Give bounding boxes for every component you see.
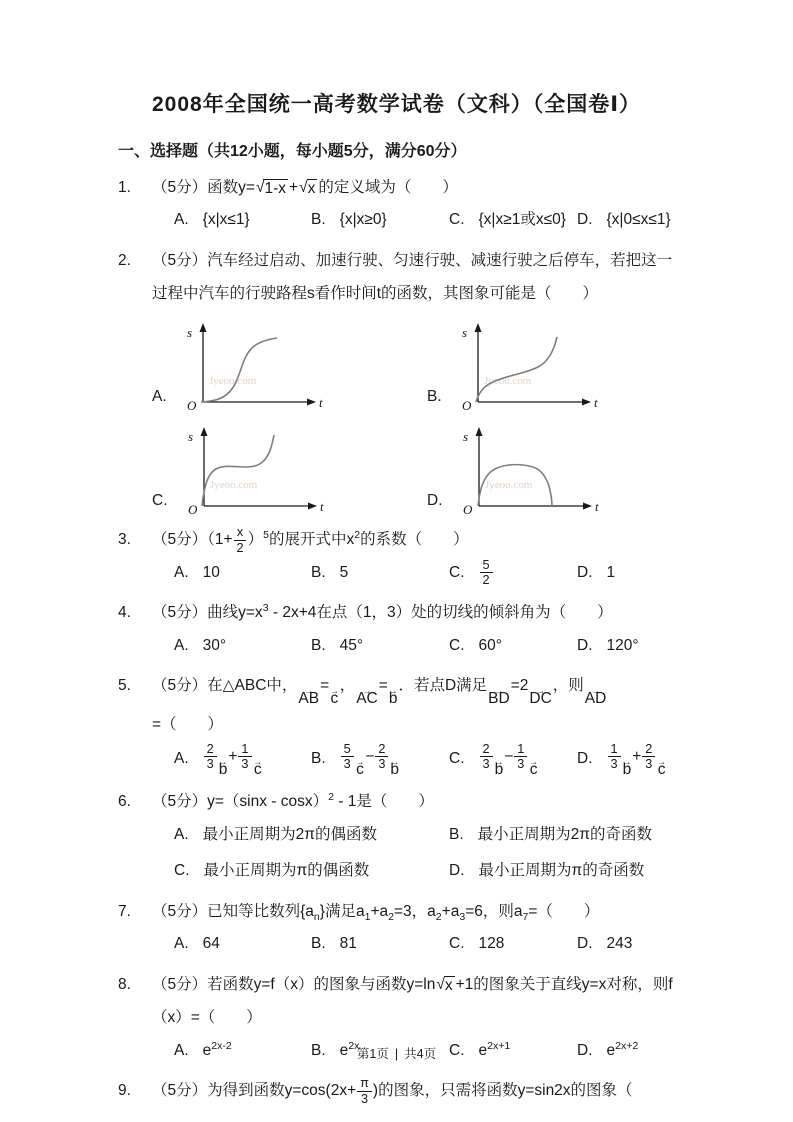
option-label: B.	[311, 928, 326, 961]
curve-fast-plateau-fast	[202, 435, 274, 506]
question-stem: （5分）函数y=√1-x+√x的定义域为（ ）	[152, 171, 675, 204]
fraction-numerator: 2	[375, 742, 388, 758]
fraction: 13	[608, 742, 621, 772]
graph-option-B: B.Jyeoo.comstO	[427, 320, 675, 412]
option-content: 243	[607, 928, 633, 961]
vector-arrow-icon: →	[390, 759, 399, 763]
option-A: A.23→b+13→c	[174, 741, 311, 778]
fraction-numerator: 1	[238, 742, 251, 758]
graph-option-label: A.	[152, 388, 167, 406]
subscript: 1	[365, 911, 371, 923]
question-5: 5.（5分）在△ABC中，→AB=→c，→AC=→b．若点D满足→BD=2→DC…	[118, 669, 675, 778]
svg-text:Jyeoo.com: Jyeoo.com	[485, 479, 533, 491]
question-stem: （5分）已知等比数列{an}满足a1+a2=3，a2+a3=6，则a7=（ ）	[152, 895, 675, 929]
option-label: C.	[449, 928, 465, 961]
question-stem: （5分）（1+x2）5的展开式中x2的系数（ ）	[152, 523, 675, 556]
vector-arrow-icon: →	[389, 689, 398, 693]
graph-option-C: C.Jyeoo.comstO	[152, 424, 427, 516]
vector: →c	[657, 758, 666, 779]
fraction-denominator: 3	[238, 757, 251, 772]
graph-option-label: B.	[427, 388, 442, 406]
question-number: 5.	[118, 669, 131, 702]
question-stem: （5分）若函数y=f（x）的图象与函数y=ln√x+1的图象关于直线y=x对称，…	[152, 968, 675, 1035]
option-B: B.5	[311, 557, 449, 590]
vector-arrow-icon: →	[495, 689, 504, 693]
option-A: A.最小正周期为2π的偶函数	[174, 819, 449, 852]
fraction-numerator: 5	[341, 742, 354, 758]
option-label: D.	[577, 743, 593, 776]
option-label: B.	[449, 819, 464, 852]
fraction-denominator: 3	[204, 757, 217, 772]
option-A: A.64	[174, 928, 311, 961]
exam-page: 2008年全国统一高考数学试卷（文科）（全国卷Ⅰ） 一、选择题（共12小题，每小…	[0, 0, 793, 1122]
page-footer: 第1页|共4页	[0, 1044, 793, 1062]
fraction-numerator: 1	[608, 742, 621, 758]
fraction: 53	[341, 742, 354, 772]
vector-arrow-icon: →	[356, 759, 365, 763]
fraction-denominator: 3	[642, 757, 655, 772]
option-content: 最小正周期为2π的偶函数	[203, 819, 377, 852]
fraction-numerator: 1	[514, 742, 527, 758]
vector-arrow-icon: →	[591, 689, 600, 693]
question-number: 8.	[118, 968, 131, 1001]
svg-text:t: t	[594, 395, 598, 410]
curve-slow-fast-slow	[201, 338, 277, 402]
vector: →b	[389, 687, 398, 708]
radicand: 1-x	[263, 179, 288, 199]
option-C: C.{x|x≥1或x≤0}	[449, 204, 577, 237]
option-content: 52	[479, 557, 494, 590]
vector-arrow-icon: →	[219, 759, 228, 763]
svg-text:s: s	[462, 325, 467, 340]
fraction: 23	[480, 742, 493, 772]
option-label: D.	[577, 204, 593, 237]
fraction: 23	[204, 742, 217, 772]
svg-text:s: s	[187, 325, 192, 340]
fraction: π3	[357, 1076, 372, 1106]
subscript: 7	[523, 911, 529, 923]
superscript: 3	[263, 602, 269, 614]
option-A: A.30°	[174, 630, 311, 663]
vector: →b	[623, 758, 632, 779]
option-row: A.64B.81C.128D.243	[174, 928, 675, 961]
question-stem: （5分）y=（sinx - cosx）2 - 1是（ ）	[152, 785, 675, 818]
option-content: 53→c−23→b	[340, 741, 400, 778]
svg-text:Jyeoo.com: Jyeoo.com	[210, 479, 258, 491]
option-C: C.52	[449, 557, 577, 590]
question-number: 7.	[118, 895, 131, 928]
vector-arrow-icon: →	[363, 689, 372, 693]
vector-arrow-icon: →	[330, 689, 339, 693]
option-D: D.120°	[577, 630, 675, 663]
footer-separator: |	[395, 1047, 398, 1061]
fraction-denominator: 3	[480, 757, 493, 772]
question-1: 1.（5分）函数y=√1-x+√x的定义域为（ ）A.{x|x≤1}B.{x|x…	[118, 171, 675, 237]
superscript: 2	[328, 791, 334, 803]
graph-grid: A.Jyeoo.comstOB.Jyeoo.comstOC.Jyeoo.coms…	[152, 320, 675, 516]
fraction: 13	[238, 742, 251, 772]
vector: →b	[219, 758, 228, 779]
option-D: D.{x|0≤x≤1}	[577, 204, 675, 237]
option-content: 最小正周期为π的偶函数	[204, 855, 370, 888]
option-C: C.23→b−13→c	[449, 741, 577, 778]
option-label: A.	[174, 204, 189, 237]
option-label: D.	[577, 630, 593, 663]
page-title: 2008年全国统一高考数学试卷（文科）（全国卷Ⅰ）	[118, 88, 675, 118]
option-B: B.53→c−23→b	[311, 741, 449, 778]
vector: →BD	[488, 687, 510, 708]
option-content: 13→b+23→c	[607, 741, 667, 778]
option-label: C.	[449, 743, 465, 776]
subscript: 3	[459, 911, 465, 923]
option-content: 最小正周期为2π的奇函数	[478, 819, 652, 852]
option-label: C.	[449, 630, 465, 663]
option-content: {x|0≤x≤1}	[607, 204, 671, 237]
option-row: A.30°B.45°C.60°D.120°	[174, 630, 675, 663]
question-number: 6.	[118, 785, 131, 818]
section-heading: 一、选择题（共12小题，每小题5分，满分60分）	[118, 138, 675, 161]
vector: →c	[356, 758, 365, 779]
radicand: x	[307, 179, 318, 199]
option-label: B.	[311, 743, 326, 776]
option-content: 10	[203, 557, 220, 590]
graph-slow-fast-slow: Jyeoo.comstO	[173, 320, 333, 412]
svg-text:O: O	[188, 502, 198, 516]
option-C: C.128	[449, 928, 577, 961]
option-content: {x|x≥0}	[340, 204, 387, 237]
graph-option-A: A.Jyeoo.comstO	[152, 320, 427, 412]
question-7: 7.（5分）已知等比数列{an}满足a1+a2=3，a2+a3=6，则a7=（ …	[118, 895, 675, 961]
footer-page-number: 第1页	[357, 1047, 389, 1061]
option-D: D.1	[577, 557, 675, 590]
option-label: A.	[174, 928, 189, 961]
vector-arrow-icon: →	[495, 759, 504, 763]
question-stem: （5分）为得到函数y=cos(2x+π3)的图象，只需将函数y=sin2x的图象…	[152, 1074, 675, 1107]
option-content: 81	[340, 928, 357, 961]
svg-text:O: O	[463, 502, 473, 516]
curve-fast-slow-fast	[476, 337, 557, 402]
vector: →c	[529, 758, 538, 779]
graph-fast-plateau-fast: Jyeoo.comstO	[174, 424, 334, 516]
option-label: A.	[174, 819, 189, 852]
graph-option-label: C.	[152, 492, 168, 510]
option-B: B.{x|x≥0}	[311, 204, 449, 237]
vector: →AC	[356, 687, 378, 708]
question-3: 3.（5分）（1+x2）5的展开式中x2的系数（ ）A.10B.5C.52D.1	[118, 523, 675, 589]
option-label: B.	[311, 630, 326, 663]
fraction-denominator: 3	[608, 757, 621, 772]
option-row: A.{x|x≤1}B.{x|x≥0}C.{x|x≥1或x≤0}D.{x|0≤x≤…	[174, 204, 675, 237]
option-B: B.最小正周期为2π的奇函数	[449, 819, 675, 852]
fraction: 23	[642, 742, 655, 772]
option-row: A.23→b+13→cB.53→c−23→bC.23→b−13→cD.13→b+…	[174, 741, 675, 778]
vector: →b	[390, 758, 399, 779]
fraction-numerator: π	[357, 1076, 372, 1092]
svg-text:s: s	[188, 429, 193, 444]
option-content: 64	[203, 928, 220, 961]
option-C: C.最小正周期为π的偶函数	[174, 855, 449, 888]
option-label: C.	[174, 855, 190, 888]
option-content: 1	[607, 557, 616, 590]
question-number: 2.	[118, 244, 131, 277]
option-A: A.10	[174, 557, 311, 590]
vector: →AB	[298, 687, 319, 708]
fraction-numerator: x	[234, 525, 246, 541]
vector-arrow-icon: →	[529, 759, 538, 763]
fraction-numerator: 2	[204, 742, 217, 758]
svg-text:t: t	[319, 395, 323, 410]
option-row: A.最小正周期为2π的偶函数B.最小正周期为2π的奇函数C.最小正周期为π的偶函…	[174, 819, 675, 888]
question-stem: （5分）汽车经过启动、加速行驶、匀速行驶、减速行驶之后停车，若把这一过程中汽车的…	[152, 244, 675, 311]
option-content: 45°	[340, 630, 363, 663]
svg-text:t: t	[320, 499, 324, 514]
option-D: D.最小正周期为π的奇函数	[449, 855, 675, 888]
option-row: A.10B.5C.52D.1	[174, 557, 675, 590]
graph-fast-slow-fast: Jyeoo.comstO	[448, 320, 608, 412]
vector: →DC	[529, 687, 551, 708]
question-stem: （5分）曲线y=x3 - 2x+4在点（1，3）处的切线的倾斜角为（ ）	[152, 596, 675, 629]
option-B: B.81	[311, 928, 449, 961]
svg-text:s: s	[463, 429, 468, 444]
square-root: √x	[299, 179, 317, 199]
fraction-numerator: 5	[480, 558, 493, 574]
question-number: 3.	[118, 523, 131, 556]
vector: →c	[330, 687, 339, 708]
option-content: 5	[340, 557, 349, 590]
fraction: 23	[375, 742, 388, 772]
option-content: 128	[479, 928, 505, 961]
fraction-denominator: 3	[514, 757, 527, 772]
svg-text:Jyeoo.com: Jyeoo.com	[209, 375, 257, 387]
option-content: {x|x≥1或x≤0}	[479, 204, 566, 237]
subscript: 2	[388, 911, 394, 923]
fraction-denominator: 3	[341, 757, 354, 772]
fraction-denominator: 2	[234, 541, 247, 556]
option-label: D.	[577, 557, 593, 590]
fraction-denominator: 3	[375, 757, 388, 772]
svg-text:O: O	[187, 398, 197, 412]
square-root: √x	[436, 976, 454, 996]
option-C: C.60°	[449, 630, 577, 663]
vector: →b	[495, 758, 504, 779]
question-2: 2.（5分）汽车经过启动、加速行驶、匀速行驶、减速行驶之后停车，若把这一过程中汽…	[118, 244, 675, 517]
fraction-denominator: 2	[480, 573, 493, 588]
question-number: 4.	[118, 596, 131, 629]
question-number: 1.	[118, 171, 131, 204]
fraction-denominator: 3	[358, 1092, 371, 1107]
fraction: 52	[480, 558, 493, 588]
vector: →c	[254, 758, 263, 779]
subscript: 2	[436, 911, 442, 923]
option-label: D.	[577, 928, 593, 961]
option-label: B.	[311, 204, 326, 237]
vector: →AD	[585, 687, 607, 708]
option-D: D.243	[577, 928, 675, 961]
option-content: 23→b+13→c	[203, 741, 263, 778]
vector-arrow-icon: →	[254, 759, 263, 763]
square-root: √1-x	[256, 179, 288, 199]
fraction: x2	[234, 525, 247, 555]
option-content: {x|x≤1}	[203, 204, 250, 237]
radicand: x	[444, 976, 455, 996]
footer-total-pages: 共4页	[404, 1047, 436, 1061]
question-stem: （5分）在△ABC中，→AB=→c，→AC=→b．若点D满足→BD=2→DC，则…	[152, 669, 675, 741]
question-4: 4.（5分）曲线y=x3 - 2x+4在点（1，3）处的切线的倾斜角为（ ）A.…	[118, 596, 675, 662]
graph-option-D: D.Jyeoo.comstO	[427, 424, 675, 516]
superscript: 2	[354, 529, 360, 541]
option-content: 120°	[607, 630, 639, 663]
vector-arrow-icon: →	[657, 759, 666, 763]
option-label: A.	[174, 557, 189, 590]
superscript: 5	[263, 529, 269, 541]
question-number: 9.	[118, 1074, 131, 1107]
graph-option-label: D.	[427, 492, 443, 510]
vector-arrow-icon: →	[536, 689, 545, 693]
option-D: D.13→b+23→c	[577, 741, 675, 778]
option-content: 60°	[479, 630, 502, 663]
option-label: C.	[449, 204, 465, 237]
option-content: 23→b−13→c	[479, 741, 539, 778]
vector-arrow-icon: →	[623, 759, 632, 763]
vector-arrow-icon: →	[305, 689, 314, 693]
option-label: C.	[449, 557, 465, 590]
subscript: n	[314, 911, 320, 923]
question-list: 1.（5分）函数y=√1-x+√x的定义域为（ ）A.{x|x≤1}B.{x|x…	[118, 171, 675, 1108]
option-label: A.	[174, 630, 189, 663]
option-label: D.	[449, 855, 465, 888]
question-9: 9.（5分）为得到函数y=cos(2x+π3)的图象，只需将函数y=sin2x的…	[118, 1074, 675, 1107]
option-label: B.	[311, 557, 326, 590]
option-content: 最小正周期为π的奇函数	[479, 855, 645, 888]
fraction: 13	[514, 742, 527, 772]
option-A: A.{x|x≤1}	[174, 204, 311, 237]
option-label: A.	[174, 743, 189, 776]
fraction-numerator: 2	[642, 742, 655, 758]
svg-text:t: t	[595, 499, 599, 514]
svg-text:O: O	[462, 398, 472, 412]
option-content: 30°	[203, 630, 226, 663]
graph-rise-plateau-fall: Jyeoo.comstO	[449, 424, 609, 516]
option-B: B.45°	[311, 630, 449, 663]
question-6: 6.（5分）y=（sinx - cosx）2 - 1是（ ）A.最小正周期为2π…	[118, 785, 675, 887]
fraction-numerator: 2	[480, 742, 493, 758]
